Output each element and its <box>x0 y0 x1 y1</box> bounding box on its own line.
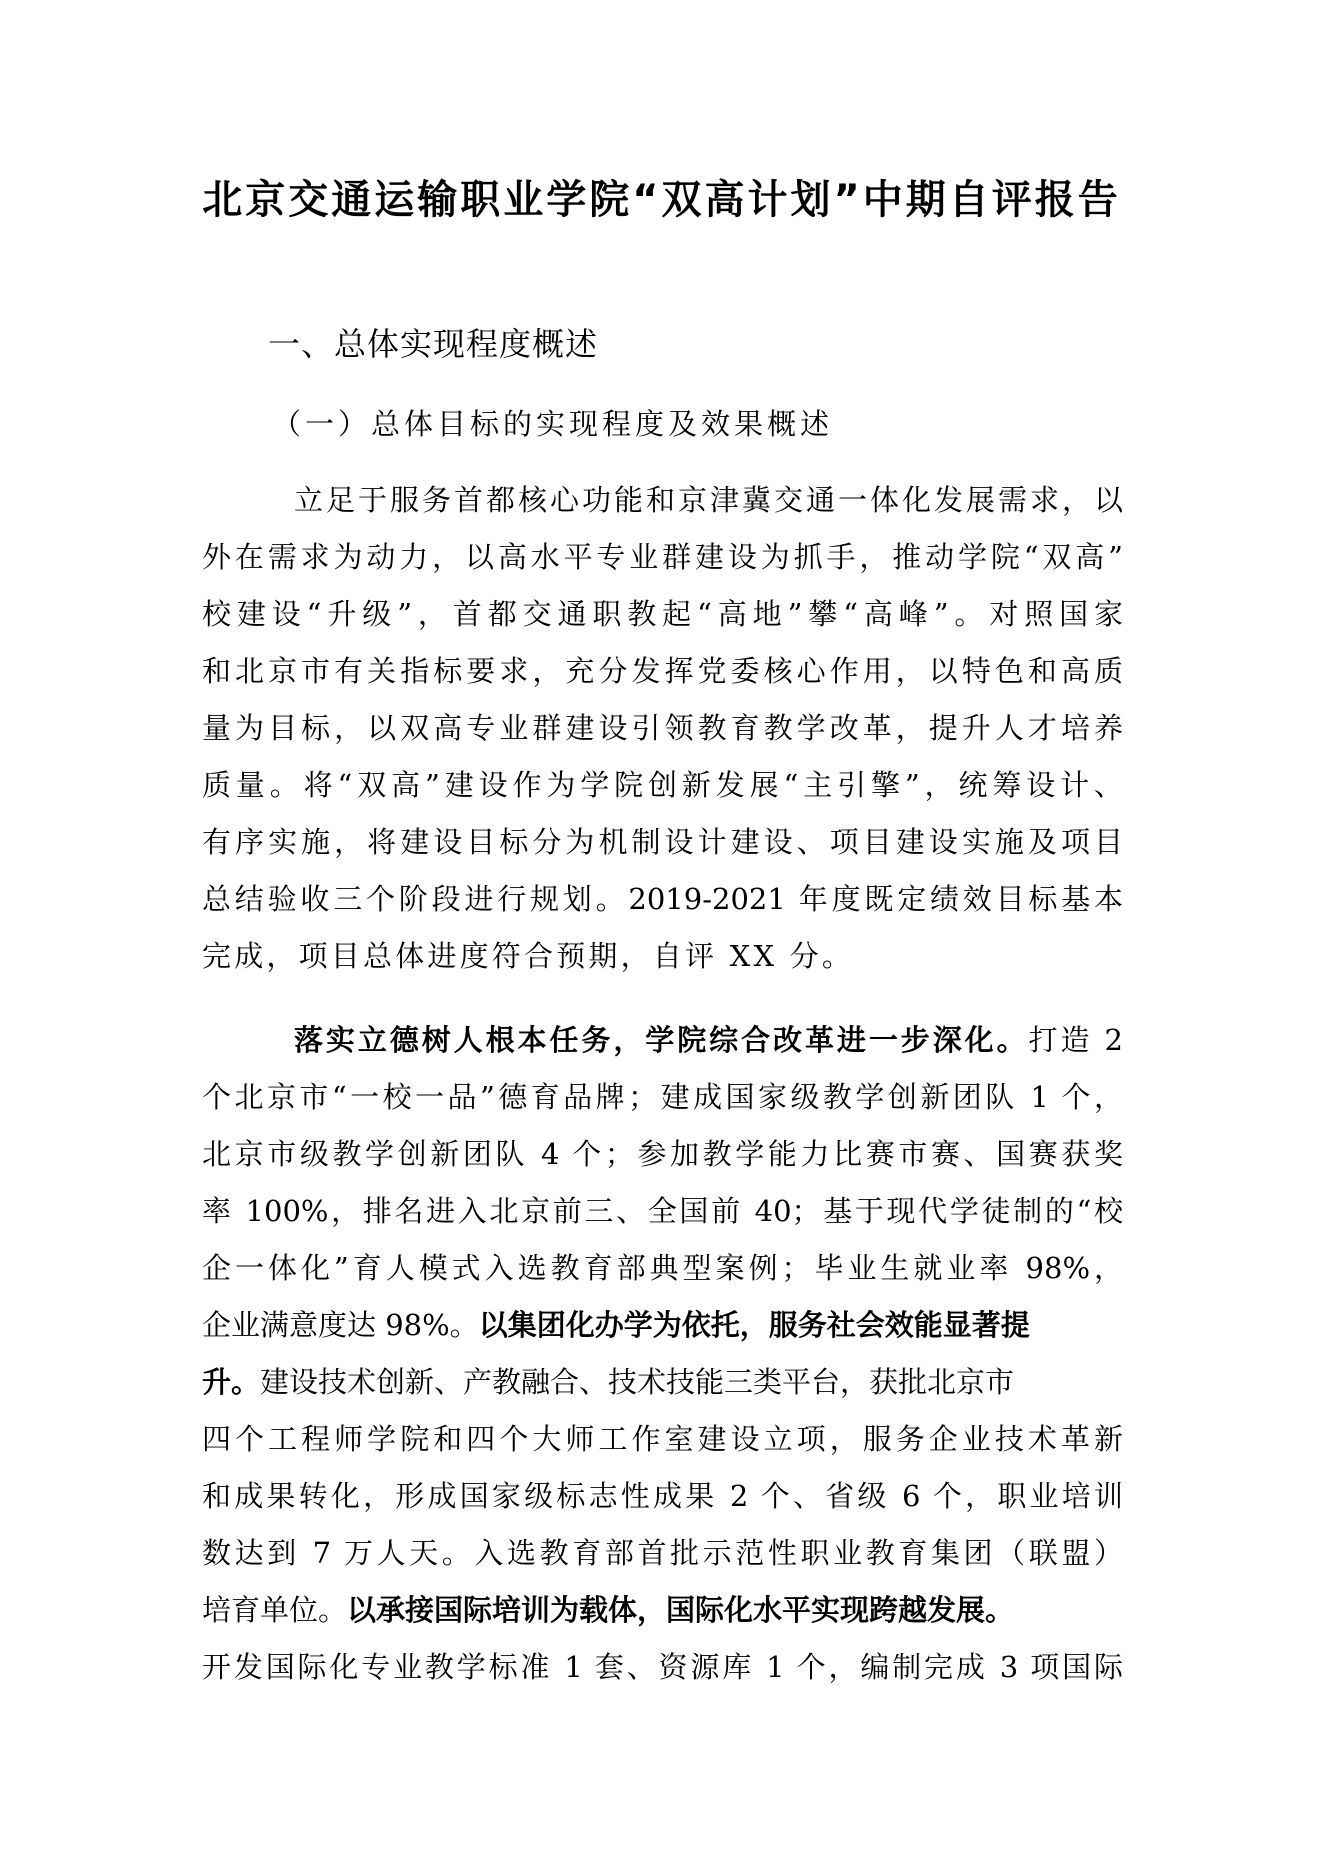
text-line: 校建设“升级”，首都交通职教起“高地”攀“高峰”。对照国家 <box>202 586 1123 643</box>
bold-text-segment: 以承接国际培训为载体，国际化水平实现跨越发展。 <box>347 1593 1014 1627</box>
text-segment: 立足于服务首都核心功能和京津冀交通一体化发展需求，以 <box>294 483 1123 517</box>
text-segment: 总结验收三个阶段进行规划。2019-2021 年度既定绩效目标基本 <box>202 882 1123 916</box>
text-segment: 打造 2 <box>1029 1023 1123 1057</box>
text-segment: 建设技术创新、产教融合、技术技能三类平台，获批北京市 <box>260 1365 1014 1399</box>
text-segment: 个北京市“一校一品”德育品牌；建成国家级教学创新团队 1 个， <box>202 1080 1123 1114</box>
text-segment: 培育单位。 <box>202 1593 347 1627</box>
bold-text-segment: 以集团化办学为依托，服务社会效能显著提 <box>479 1308 1030 1342</box>
text-line: 培育单位。以承接国际培训为载体，国际化水平实现跨越发展。 <box>202 1582 1123 1639</box>
text-segment: 有序实施，将建设目标分为机制设计建设、项目建设实施及项目 <box>202 825 1123 859</box>
text-line: 质量。将“双高”建设作为学院创新发展“主引擎”，统筹设计、 <box>202 757 1123 814</box>
bold-text-segment: 升。 <box>202 1365 260 1399</box>
text-line: 和北京市有关指标要求，充分发挥党委核心作用，以特色和高质 <box>202 643 1123 700</box>
text-segment: 企业满意度达 98%。 <box>202 1308 479 1342</box>
text-segment: 四个工程师学院和四个大师工作室建设立项，服务企业技术革新 <box>202 1422 1123 1456</box>
text-segment: 数达到 7 万人天。入选教育部首批示范性职业教育集团（联盟） <box>202 1536 1123 1570</box>
text-line: 个北京市“一校一品”德育品牌；建成国家级教学创新团队 1 个， <box>202 1069 1123 1126</box>
text-line: 完成，项目总体进度符合预期，自评 XX 分。 <box>202 928 1123 985</box>
text-line: 和成果转化，形成国家级标志性成果 2 个、省级 6 个，职业培训 <box>202 1468 1123 1525</box>
text-line: 量为目标，以双高专业群建设引领教育教学改革，提升人才培养 <box>202 700 1123 757</box>
text-segment: 和北京市有关指标要求，充分发挥党委核心作用，以特色和高质 <box>202 654 1123 688</box>
text-line: 数达到 7 万人天。入选教育部首批示范性职业教育集团（联盟） <box>202 1525 1123 1582</box>
text-segment: 企一体化”育人模式入选教育部典型案例；毕业生就业率 98%， <box>202 1251 1123 1285</box>
text-segment: 质量。将“双高”建设作为学院创新发展“主引擎”，统筹设计、 <box>202 768 1123 802</box>
text-line: 四个工程师学院和四个大师工作室建设立项，服务企业技术革新 <box>202 1411 1123 1468</box>
section-heading: 一、总体实现程度概述 <box>268 322 598 366</box>
text-segment: 外在需求为动力，以高水平专业群建设为抓手，推动学院“双高” <box>202 540 1123 574</box>
subsection-heading: （一）总体目标的实现程度及效果概述 <box>272 402 833 446</box>
text-segment: 北京市级教学创新团队 4 个；参加教学能力比赛市赛、国赛获奖 <box>202 1137 1123 1171</box>
text-segment: 率 100%，排名进入北京前三、全国前 40；基于现代学徒制的“校 <box>202 1194 1123 1228</box>
text-line: 企一体化”育人模式入选教育部典型案例；毕业生就业率 98%， <box>202 1240 1123 1297</box>
text-line: 升。建设技术创新、产教融合、技术技能三类平台，获批北京市 <box>202 1354 1123 1411</box>
text-line: 企业满意度达 98%。以集团化办学为依托，服务社会效能显著提 <box>202 1297 1123 1354</box>
document-page: 北京交通运输职业学院“双高计划”中期自评报告 一、总体实现程度概述 （一）总体目… <box>0 0 1323 1871</box>
text-line: 落实立德树人根本任务，学院综合改革进一步深化。打造 2 <box>294 1012 1123 1069</box>
text-line: 开发国际化专业教学标准 1 套、资源库 1 个，编制完成 3 项国际 <box>202 1639 1123 1696</box>
text-segment: 完成，项目总体进度符合预期，自评 XX 分。 <box>202 939 854 973</box>
text-segment: 校建设“升级”，首都交通职教起“高地”攀“高峰”。对照国家 <box>202 597 1123 631</box>
text-segment: 量为目标，以双高专业群建设引领教育教学改革，提升人才培养 <box>202 711 1123 745</box>
bold-text-segment: 落实立德树人根本任务，学院综合改革进一步深化。 <box>294 1023 1029 1057</box>
text-segment: 和成果转化，形成国家级标志性成果 2 个、省级 6 个，职业培训 <box>202 1479 1123 1513</box>
text-line: 北京市级教学创新团队 4 个；参加教学能力比赛市赛、国赛获奖 <box>202 1126 1123 1183</box>
document-title: 北京交通运输职业学院“双高计划”中期自评报告 <box>0 172 1323 228</box>
text-line: 总结验收三个阶段进行规划。2019-2021 年度既定绩效目标基本 <box>202 871 1123 928</box>
text-line: 率 100%，排名进入北京前三、全国前 40；基于现代学徒制的“校 <box>202 1183 1123 1240</box>
text-line: 立足于服务首都核心功能和京津冀交通一体化发展需求，以 <box>294 472 1123 529</box>
text-segment: 开发国际化专业教学标准 1 套、资源库 1 个，编制完成 3 项国际 <box>202 1650 1123 1684</box>
text-line: 外在需求为动力，以高水平专业群建设为抓手，推动学院“双高” <box>202 529 1123 586</box>
text-line: 有序实施，将建设目标分为机制设计建设、项目建设实施及项目 <box>202 814 1123 871</box>
